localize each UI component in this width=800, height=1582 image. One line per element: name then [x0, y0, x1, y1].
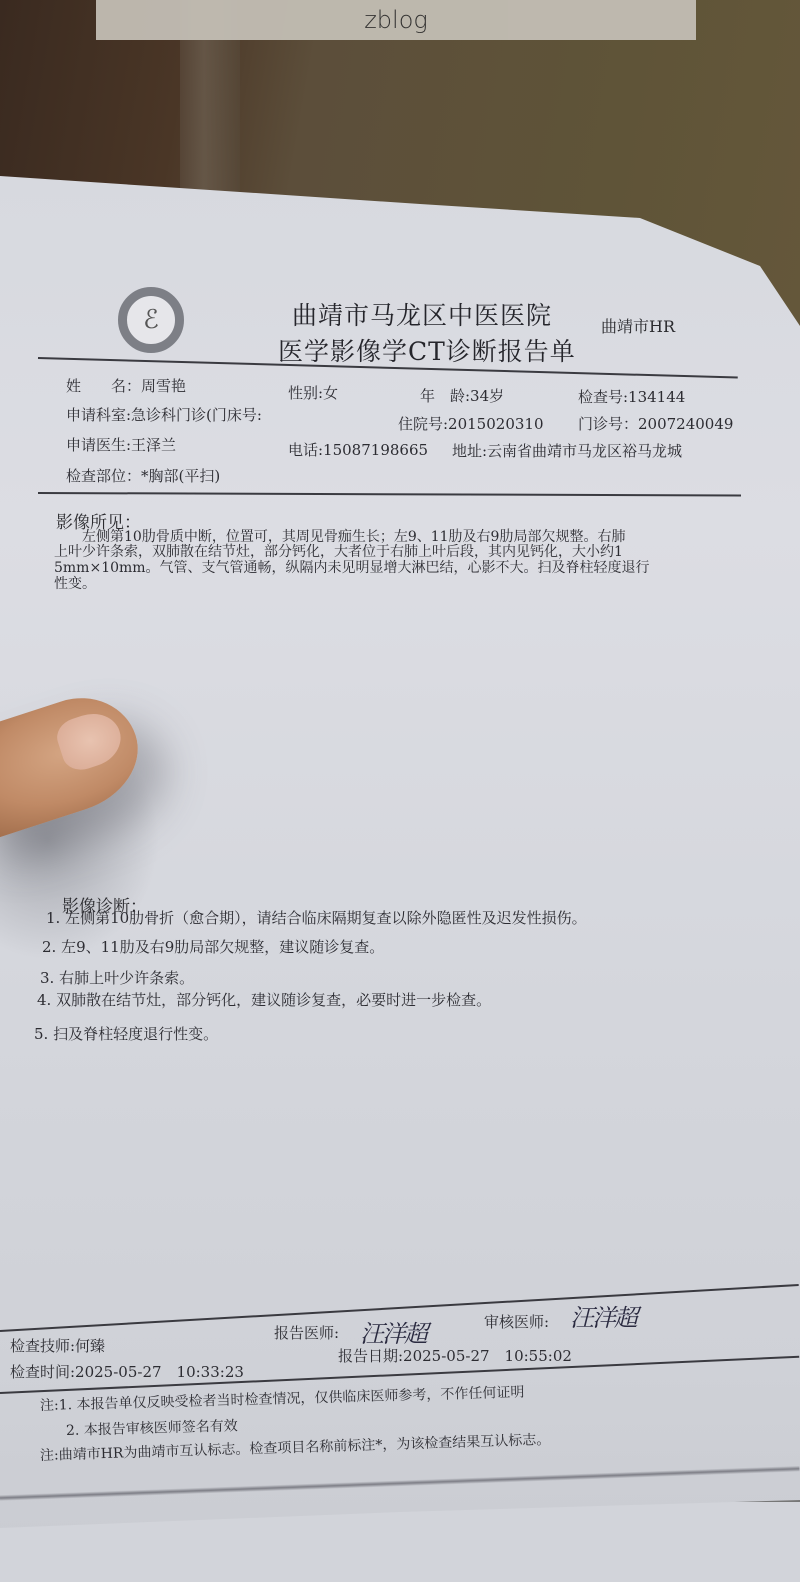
- requesting-doctor: 申请医生:王泽兰: [66, 434, 176, 455]
- diagnosis-item: 3. 右肺上叶少许条索。: [40, 967, 194, 988]
- findings-line: 左侧第10肋骨质中断，位置可，其周见骨痂生长；左9、11肋及右9肋局部欠规整。右…: [54, 530, 625, 545]
- report-doctor-label: 报告医师:: [274, 1322, 339, 1343]
- review-doctor-signature: 汪洋超: [570, 1298, 636, 1333]
- patient-phone: 电话:15087198665: [288, 439, 428, 460]
- fingernail: [52, 706, 127, 775]
- report-title: 医学影像学CT诊断报告单: [278, 332, 576, 368]
- exam-time: 检查时间:2025-05-27 10:33:23: [10, 1361, 244, 1382]
- findings-line: 上叶少许条索，双肺散在结节灶，部分钙化，大者位于右肺上叶后段，其内见钙化，大小约…: [54, 545, 623, 560]
- findings-line: 性变。: [54, 577, 96, 592]
- patient-address: 地址:云南省曲靖市马龙区裕马龙城: [452, 440, 682, 461]
- hospital-seal-icon: ℰ: [118, 287, 184, 353]
- diagnosis-item: 1. 左侧第10肋骨折（愈合期），请结合临床隔期复查以除外隐匿性及迟发性损伤。: [46, 907, 587, 928]
- requesting-department: 申请科室:急诊科门诊(门床号:: [66, 404, 262, 425]
- diagnosis-item: 5. 扫及脊柱轻度退行性变。: [34, 1023, 218, 1044]
- review-doctor-label: 审核医师:: [484, 1311, 549, 1332]
- mutual-recognition-mark: 曲靖市HR: [601, 314, 675, 337]
- diagnosis-item: 2. 左9、11肋及右9肋局部欠规整，建议随诊复查。: [42, 936, 384, 957]
- exam-technician: 检查技师:何臻: [10, 1335, 105, 1356]
- watermark-banner: zblog: [96, 0, 696, 40]
- outpatient-number: 门诊号：2007240049: [578, 413, 733, 434]
- report-doctor-signature: 汪洋超: [360, 1314, 426, 1349]
- hospital-name: 曲靖市马龙区中医医院: [292, 296, 552, 332]
- exam-site: 检查部位：*胸部(平扫): [66, 465, 220, 486]
- exam-number: 检查号:134144: [578, 386, 685, 407]
- findings-line: 5mm×10mm。气管、支气管通畅，纵隔内未见明显增大淋巴结，心影不大。扫及脊柱…: [54, 561, 650, 576]
- inpatient-number: 住院号:2015020310: [398, 413, 544, 434]
- report-date: 报告日期:2025-05-27 10:55:02: [338, 1345, 572, 1366]
- patient-gender: 性别:女: [288, 382, 338, 403]
- patient-name: 姓 名：周雪艳: [66, 375, 186, 396]
- patient-age: 年 龄:34岁: [420, 385, 504, 406]
- diagnosis-item: 4. 双肺散在结节灶，部分钙化，建议随诊复查，必要时进一步检查。: [37, 989, 491, 1010]
